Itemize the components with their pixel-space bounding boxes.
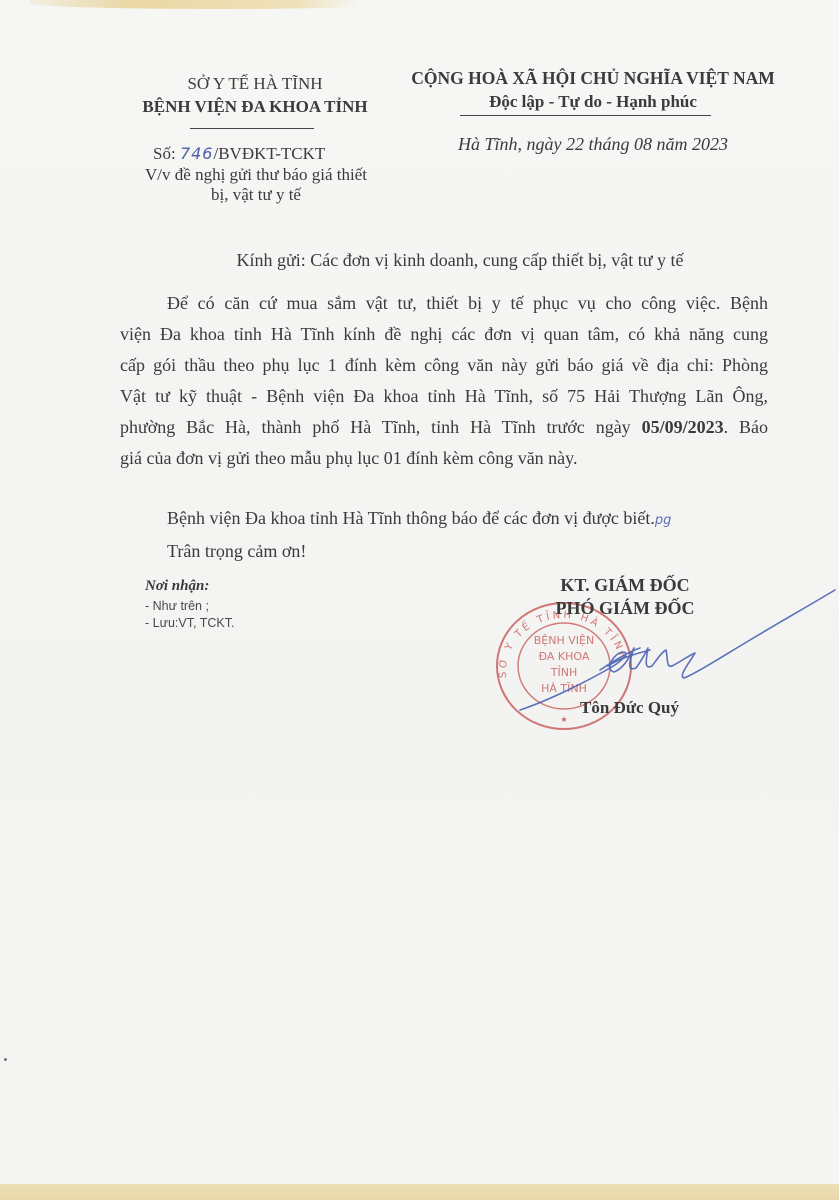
subject-line-1: V/v đề nghị gửi thư báo giá thiết: [121, 165, 391, 185]
body-line: Để có căn cứ mua sắm vật tư, thiết bị y …: [120, 288, 768, 319]
scan-edge-bottom: [0, 1184, 839, 1200]
body-line-5-start: phường Bắc Hà, thành phố Hà Tĩnh, tỉnh H…: [120, 417, 642, 437]
closing-line: Trân trọng cảm ơn!: [167, 539, 306, 563]
body-line: giá của đơn vị gửi theo mẫu phụ lục 01 đ…: [120, 443, 768, 474]
stamp-line: HÀ TĨNH: [541, 682, 587, 695]
scan-edge-top: [30, 0, 360, 9]
hospital-name: BỆNH VIỆN ĐA KHOA TỈNH: [120, 96, 390, 118]
signature-title-1: KT. GIÁM ĐỐC: [505, 573, 745, 597]
national-header: CỘNG HOÀ XÃ HỘI CHỦ NGHĨA VIỆT NAM Độc l…: [388, 66, 798, 114]
issuer-block: SỞ Y TẾ HÀ TĨNH BỆNH VIỆN ĐA KHOA TỈNH: [120, 72, 390, 118]
svg-text:★: ★: [560, 715, 567, 724]
recipient-item: - Như trên ;: [145, 599, 209, 613]
stamp-line: TỈNH: [550, 665, 577, 679]
stamp-line: ĐA KHOA: [539, 650, 590, 663]
handwritten-number: 746: [180, 144, 214, 163]
number-prefix: Số:: [153, 144, 180, 163]
issuer-underline: [190, 128, 314, 129]
recipient-item: - Lưu:VT, TCKT.: [145, 616, 234, 630]
signature-title-2: PHÓ GIÁM ĐỐC: [505, 596, 745, 620]
scan-speck: [4, 1058, 7, 1061]
subject-line-2: bị, vật tư y tế: [121, 185, 391, 205]
notify-text: Bệnh viện Đa khoa tỉnh Hà Tĩnh thông báo…: [167, 508, 655, 528]
body-paragraph: Để có căn cứ mua sắm vật tư, thiết bị y …: [120, 288, 768, 474]
body-line: Vật tư kỹ thuật - Bệnh viện Đa khoa tỉnh…: [120, 381, 768, 412]
recipients-title: Nơi nhận:: [145, 578, 209, 595]
notify-line: Bệnh viện Đa khoa tỉnh Hà Tĩnh thông báo…: [167, 506, 671, 533]
body-line: viện Đa khoa tỉnh Hà Tĩnh kính đề nghị c…: [120, 319, 768, 350]
country-name: CỘNG HOÀ XÃ HỘI CHỦ NGHĨA VIỆT NAM: [388, 66, 798, 90]
stamp-line: BỆNH VIỆN: [534, 634, 594, 647]
body-line: cấp gói thầu theo phụ lục 1 đính kèm côn…: [120, 350, 768, 381]
deadline-date: 05/09/2023: [642, 417, 724, 437]
signer-name: Tôn Đức Quý: [580, 697, 679, 719]
number-suffix: /BVĐKT-TCKT: [213, 144, 325, 163]
department-name: SỞ Y TẾ HÀ TĨNH: [120, 72, 390, 96]
issue-date: Hà Tĩnh, ngày 22 tháng 08 năm 2023: [388, 133, 798, 155]
body-line: phường Bắc Hà, thành phố Hà Tĩnh, tỉnh H…: [120, 412, 768, 443]
document-number: Số: 746/BVĐKT-TCKT: [153, 143, 325, 165]
body-line-5-end: . Báo: [724, 417, 768, 437]
national-motto: Độc lập - Tự do - Hạnh phúc: [388, 90, 798, 114]
recipient-line: Kính gửi: Các đơn vị kinh doanh, cung cấ…: [150, 248, 770, 272]
document-page: SỞ Y TẾ HÀ TĨNH BỆNH VIỆN ĐA KHOA TỈNH S…: [0, 0, 839, 1200]
motto-underline: [460, 115, 711, 116]
handwritten-initials: pg: [655, 513, 672, 528]
